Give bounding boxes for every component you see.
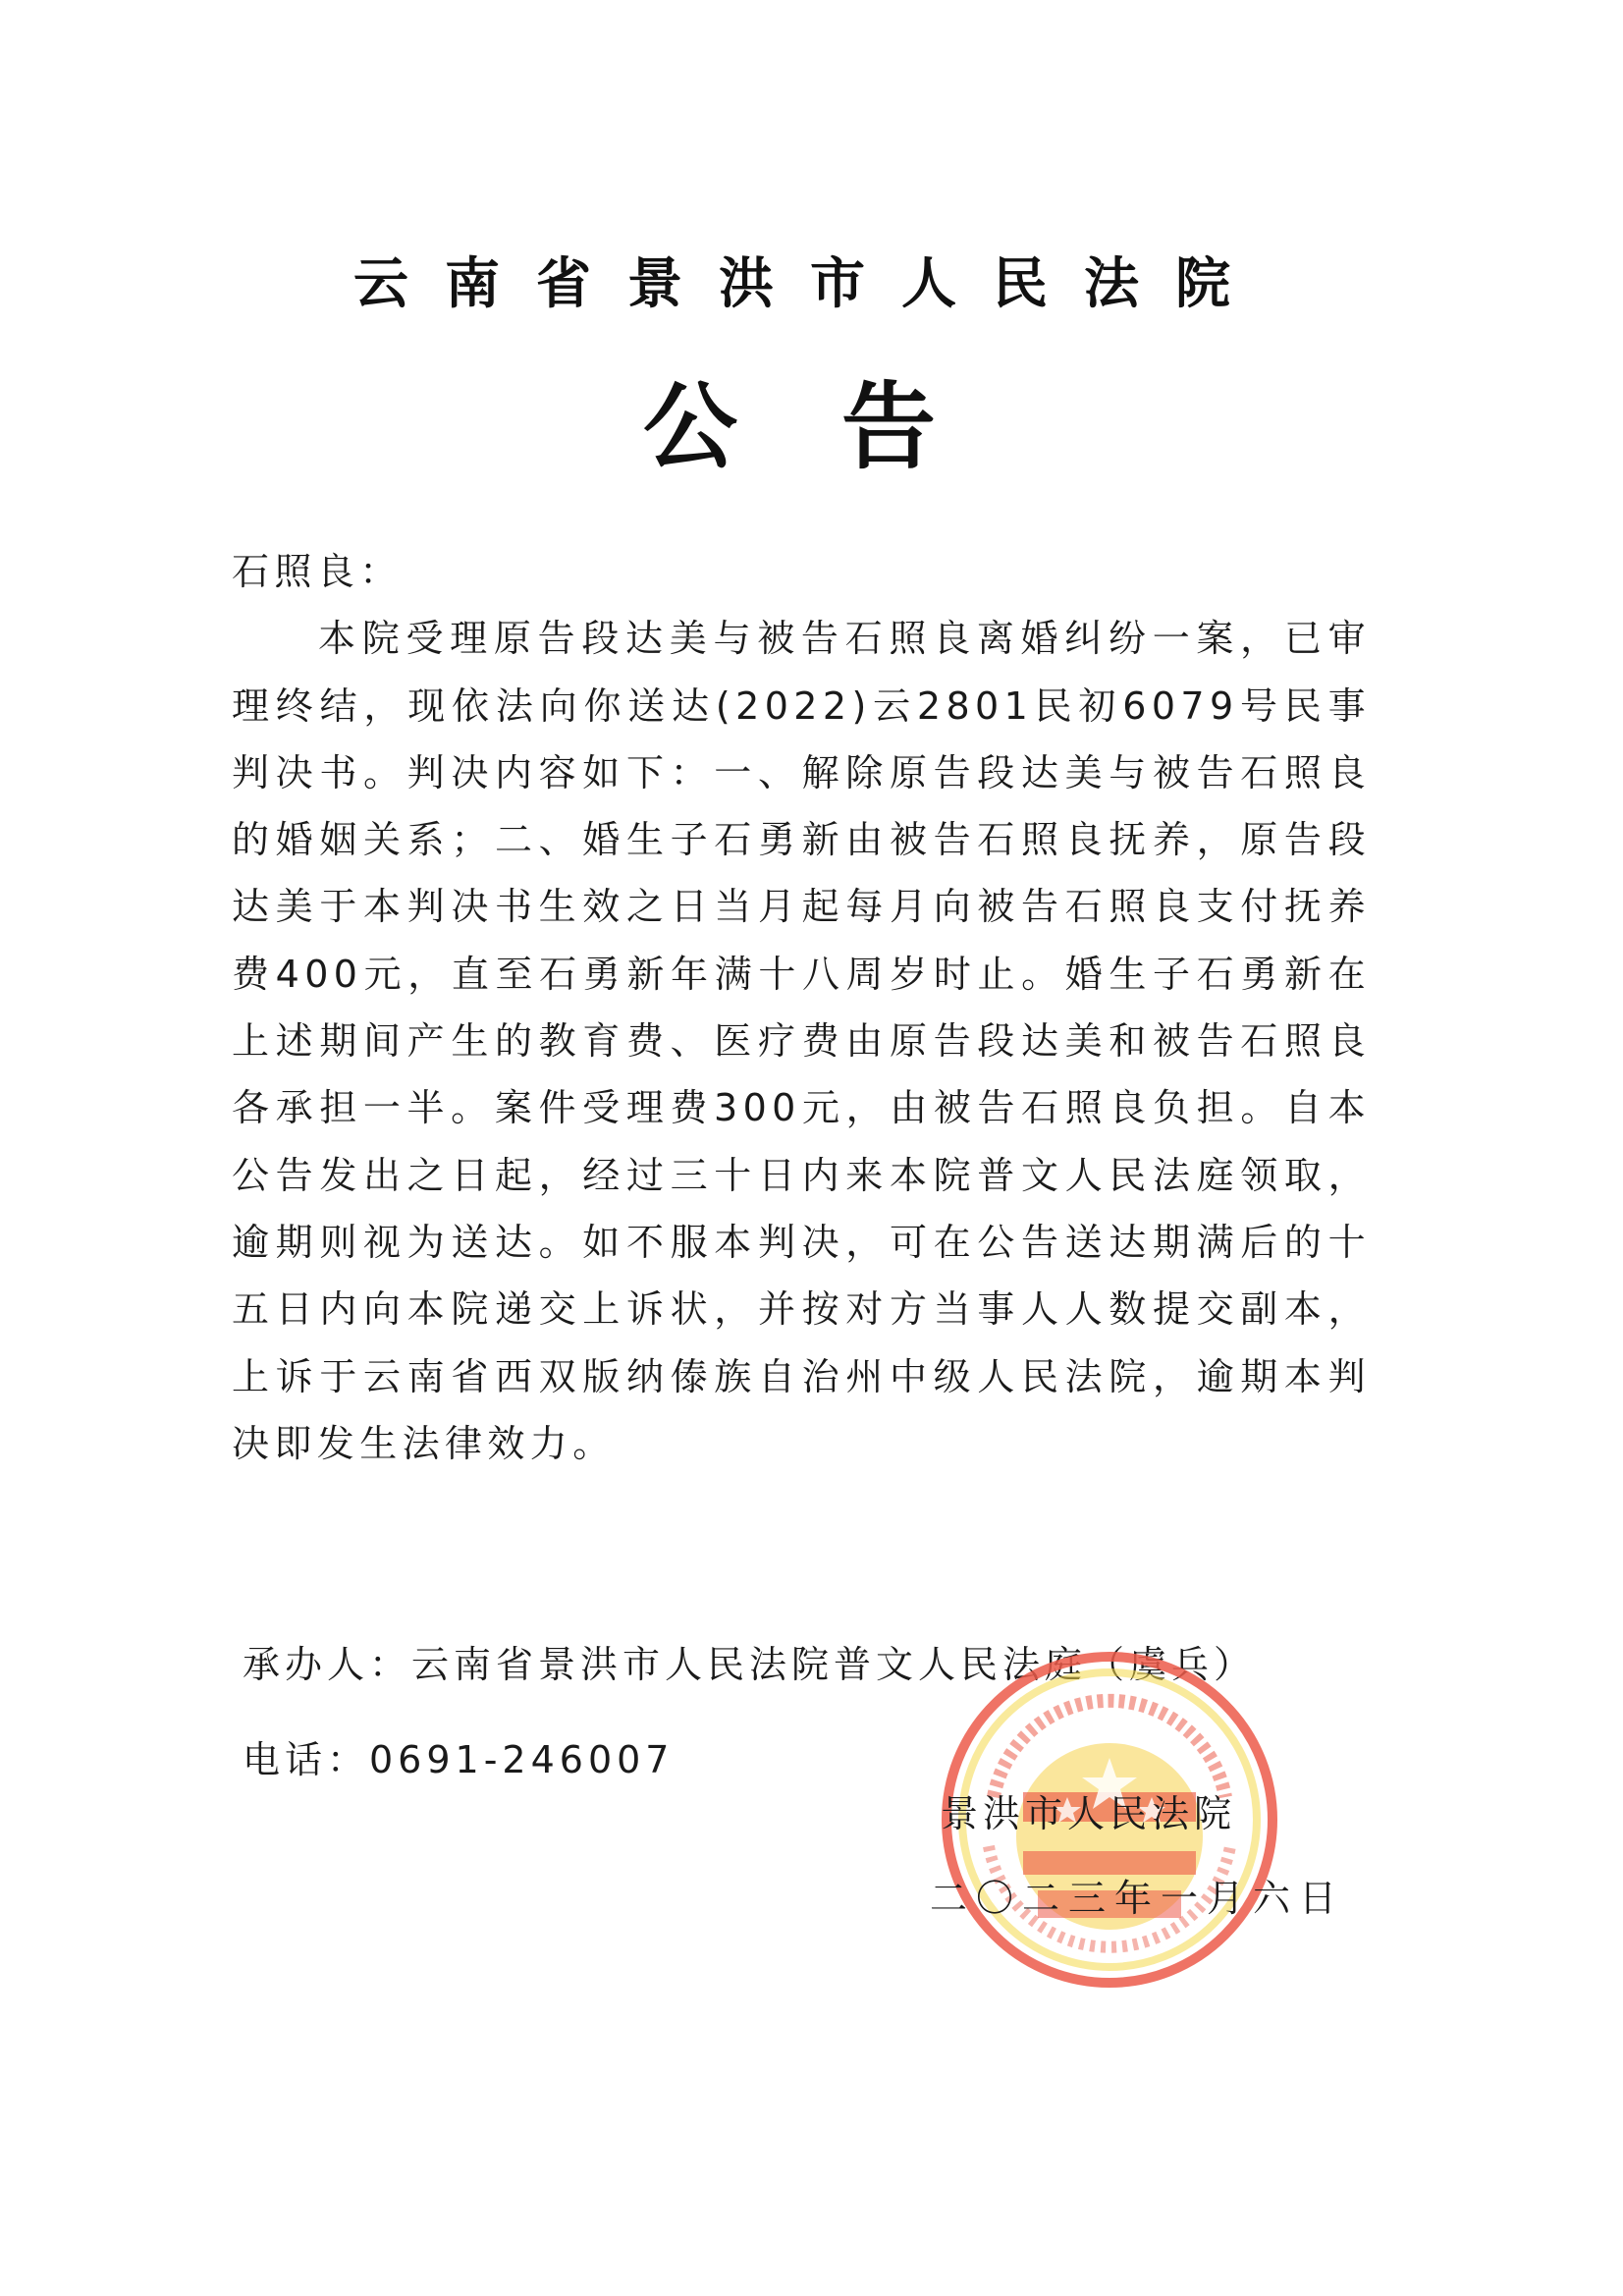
phone-line: 电话：0691-246007 — [243, 1735, 674, 1784]
signature-date: 二〇二三年一月六日 — [930, 1874, 1345, 1923]
court-title: 云南省景洪市人民法院 — [353, 251, 1257, 316]
notice-title: 公告 — [643, 373, 1040, 481]
addressee: 石照良： — [232, 538, 1371, 605]
signature-court: 景洪市人民法院 — [941, 1789, 1236, 1838]
notice-paragraph: 本院受理原告段达美与被告石照良离婚纠纷一案，已审理终结，现依法向你送达(2022… — [232, 605, 1371, 1477]
notice-body: 石照良： 本院受理原告段达美与被告石照良离婚纠纷一案，已审理终结，现依法向你送达… — [232, 538, 1371, 1477]
